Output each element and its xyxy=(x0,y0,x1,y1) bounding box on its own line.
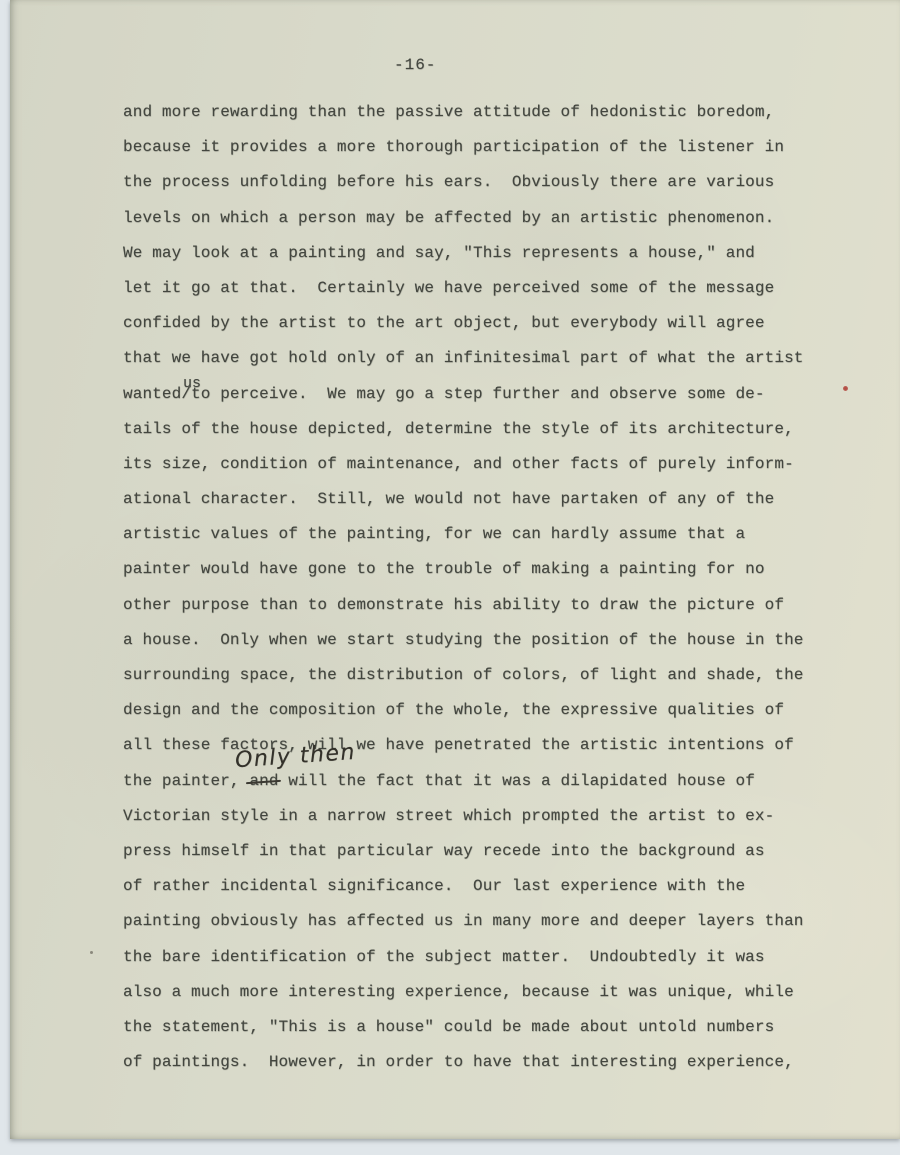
text-line: press himself in that particular way rec… xyxy=(123,842,863,877)
text-line: of paintings. However, in order to have … xyxy=(123,1053,863,1088)
text-line: the process unfolding before his ears. O… xyxy=(123,173,863,208)
text-line: surrounding space, the distribution of c… xyxy=(123,666,863,701)
text-line: a house. Only when we start studying the… xyxy=(123,631,863,666)
text-line: because it provides a more thorough part… xyxy=(123,138,863,173)
text-line: design and the composition of the whole,… xyxy=(123,701,863,736)
text-line: We may look at a painting and say, "This… xyxy=(123,244,863,279)
text-line: its size, condition of maintenance, and … xyxy=(123,455,863,490)
text-line: levels on which a person may be affected… xyxy=(123,209,863,244)
struck-out-word: and xyxy=(249,772,278,790)
scanned-document: -16- and more rewarding than the passive… xyxy=(0,0,900,1155)
text-line: painting obviously has affected us in ma… xyxy=(123,912,863,947)
text-line: the statement, "This is a house" could b… xyxy=(123,1018,863,1053)
text-line: the bare identification of the subject m… xyxy=(123,948,863,983)
typed-insertion-us: us xyxy=(183,375,201,392)
text-segment: will the fact that it was a dilapidated … xyxy=(279,772,755,790)
text-line: tails of the house depicted, determine t… xyxy=(123,420,863,455)
text-line: other purpose than to demonstrate his ab… xyxy=(123,596,863,631)
text-line: also a much more interesting experience,… xyxy=(123,983,863,1018)
text-line: Victorian style in a narrow street which… xyxy=(123,807,863,842)
red-ink-speck xyxy=(843,386,848,391)
page-number: -16- xyxy=(394,56,436,74)
text-line-with-strikeout: the painter, and will the fact that it w… xyxy=(123,772,863,807)
text-line: that we have got hold only of an infinit… xyxy=(123,349,863,384)
manuscript-page: -16- and more rewarding than the passive… xyxy=(10,0,900,1139)
text-line: let it go at that. Certainly we have per… xyxy=(123,279,863,314)
text-line: artistic values of the painting, for we … xyxy=(123,525,863,560)
text-line-with-insertion: wanted/to perceive. We may go a step fur… xyxy=(123,385,863,420)
text-line: of rather incidental significance. Our l… xyxy=(123,877,863,912)
paper-speck xyxy=(90,951,93,954)
text-segment: the painter, xyxy=(123,772,249,790)
text-line: ational character. Still, we would not h… xyxy=(123,490,863,525)
body-text: and more rewarding than the passive atti… xyxy=(123,103,863,1088)
text-line: confided by the artist to the art object… xyxy=(123,314,863,349)
text-line: painter would have gone to the trouble o… xyxy=(123,560,863,595)
text-line: and more rewarding than the passive atti… xyxy=(123,103,863,138)
